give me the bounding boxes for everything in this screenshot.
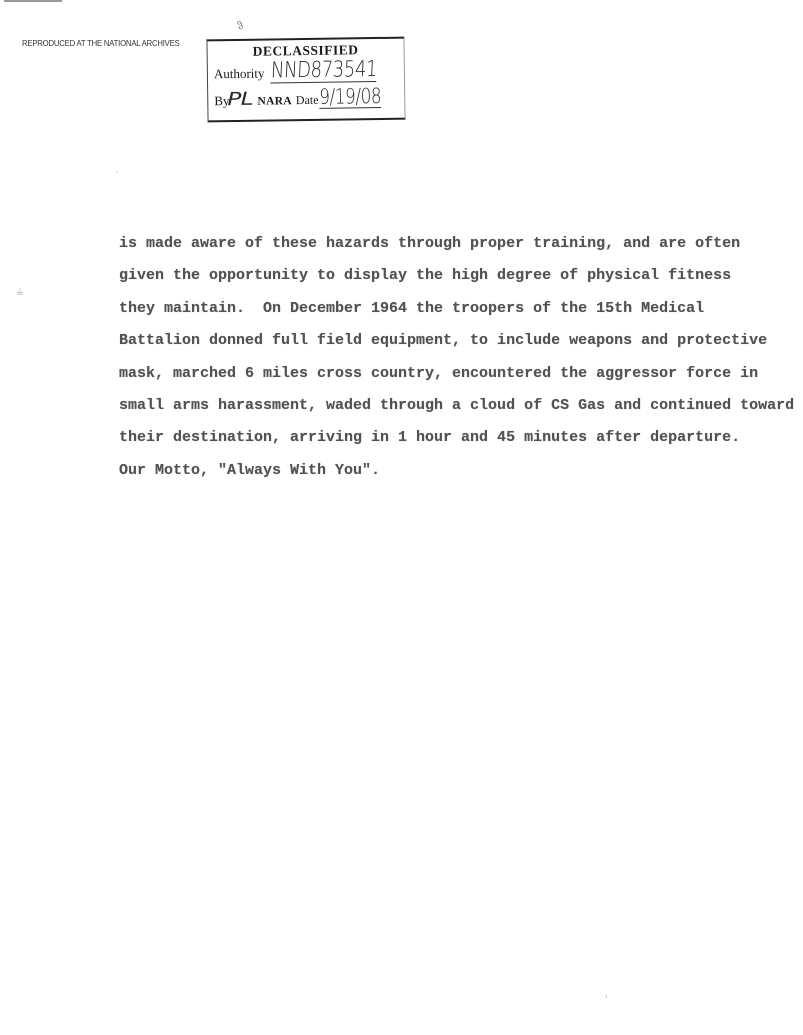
agency-label: NARA (257, 95, 292, 107)
body-line: Our Motto, "Always With You". (119, 455, 794, 487)
date-value: 9/19/08 (319, 85, 381, 109)
authority-value: NND873541 (270, 59, 377, 83)
body-line: is made aware of these hazards through p… (119, 228, 794, 260)
scan-speck: ' (605, 995, 607, 1005)
body-line: given the opportunity to display the hig… (119, 260, 794, 292)
stamp-smudge-icon: ჵ (236, 20, 245, 32)
national-archives-notice: REPRODUCED AT THE NATIONAL ARCHIVES (22, 38, 180, 48)
bleed-through-texture (110, 488, 800, 928)
body-line: mask, marched 6 miles cross country, enc… (119, 358, 794, 390)
authority-label: Authority (214, 66, 265, 82)
date-label: Date (296, 93, 319, 107)
body-line: small arms harassment, waded through a c… (119, 390, 794, 422)
scan-edge-mark (4, 0, 62, 2)
body-line: Battalion donned full field equipment, t… (119, 325, 794, 357)
body-line: their destination, arriving in 1 hour an… (119, 422, 794, 454)
stamp-by-row: ByPL NARA Date9/19/08 (214, 85, 397, 112)
scan-speck: · (116, 168, 119, 178)
document-body: is made aware of these hazards through p… (119, 228, 794, 487)
stamp-authority-row: Authority NND873541 (214, 59, 400, 85)
body-line: they maintain. On December 1964 the troo… (119, 293, 794, 325)
declassified-stamp: DECLASSIFIED Authority NND873541 ByPL NA… (206, 37, 405, 123)
by-initials-signature: PL (227, 89, 261, 111)
scan-speck: ≟ (16, 289, 24, 299)
